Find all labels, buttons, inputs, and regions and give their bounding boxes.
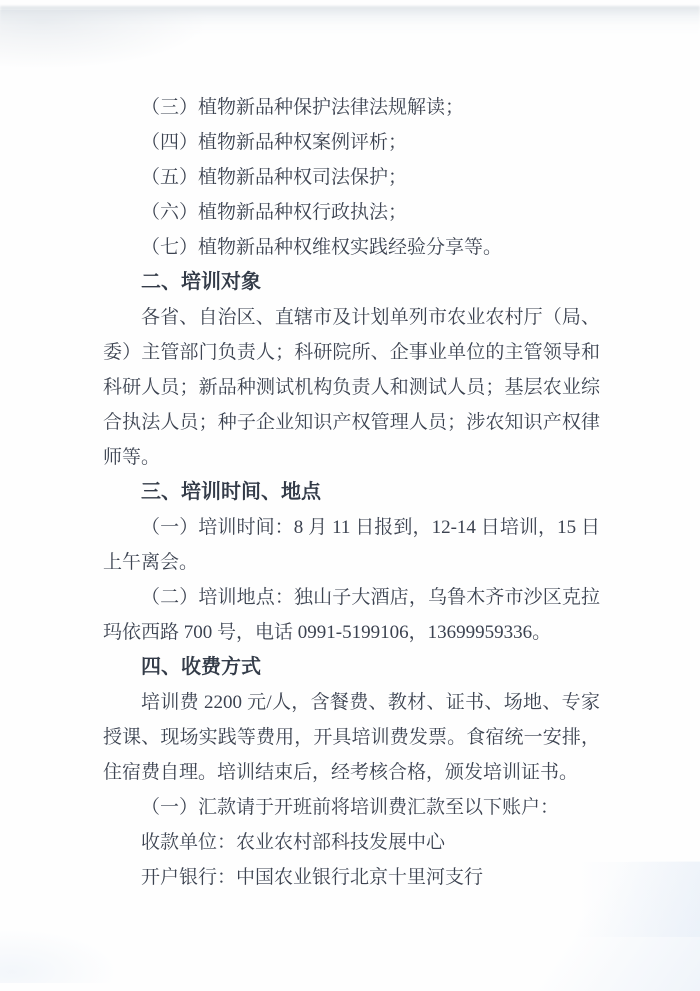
trainees-body: 各省、自治区、直辖市及计划单列市农业农村厅（局、委）主管部门负责人；科研院所、企… [103, 300, 600, 475]
scan-artifact-bottom-left [0, 928, 120, 983]
training-place-item: （二）培训地点：独山子大酒店，乌鲁木齐市沙区克拉玛依西路 700 号，电话 09… [103, 580, 600, 650]
bank-line: 开户银行：中国农业银行北京十里河支行 [103, 860, 600, 895]
curriculum-item-7: （七）植物新品种权维权实践经验分享等。 [103, 230, 600, 265]
curriculum-item-4: （四）植物新品种权案例评析； [103, 125, 600, 160]
curriculum-item-3: （三）植物新品种保护法律法规解读； [103, 90, 600, 125]
payee-line: 收款单位：农业农村部科技发展中心 [103, 825, 600, 860]
fees-body: 培训费 2200 元/人，含餐费、教材、证书、场地、专家授课、现场实践等费用，开… [103, 685, 600, 790]
section-heading-trainees: 二、培训对象 [103, 265, 600, 300]
training-time-item: （一）培训时间：8 月 11 日报到，12-14 日培训，15 日上午离会。 [103, 510, 600, 580]
section-heading-fees: 四、收费方式 [103, 650, 600, 685]
scanned-document-page: （三）植物新品种保护法律法规解读； （四）植物新品种权案例评析； （五）植物新品… [0, 0, 700, 991]
curriculum-item-5: （五）植物新品种权司法保护； [103, 160, 600, 195]
document-content: （三）植物新品种保护法律法规解读； （四）植物新品种权案例评析； （五）植物新品… [103, 90, 600, 895]
section-heading-time-place: 三、培训时间、地点 [103, 475, 600, 510]
scan-artifact-top-left [0, 10, 210, 70]
curriculum-item-6: （六）植物新品种权行政执法； [103, 195, 600, 230]
remit-instruction: （一）汇款请于开班前将培训费汇款至以下账户： [103, 790, 600, 825]
scan-artifact-top-band [0, 6, 700, 36]
